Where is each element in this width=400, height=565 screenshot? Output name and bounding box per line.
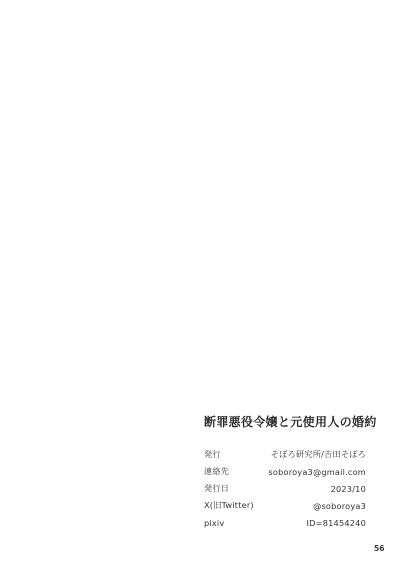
book-page: 断罪悪役令嬢と元使用人の婚約 発行 そぼろ研究所/吉田そぼろ 連絡先 sobor… [0,0,400,565]
colophon-row-date: 発行日 2023/10 [204,480,366,497]
row-value: @soboroya3 [313,501,366,511]
row-value: ID=81454240 [307,518,366,528]
row-value: soboroya3@gmail.com [268,467,366,477]
book-title: 断罪悪役令嬢と元使用人の婚約 [204,413,363,431]
row-label: 発行 [204,449,221,460]
row-label: pixiv [204,518,224,528]
row-value: 2023/10 [331,484,366,494]
colophon-row-twitter: X(旧Twitter) @soboroya3 [204,497,366,514]
row-value: そぼろ研究所/吉田そぼろ [271,449,366,460]
row-label: X(旧Twitter) [204,500,254,511]
colophon-row-contact: 連絡先 soboroya3@gmail.com [204,463,366,480]
colophon: 断罪悪役令嬢と元使用人の婚約 発行 そぼろ研究所/吉田そぼろ 連絡先 sobor… [204,413,366,531]
row-label: 連絡先 [204,466,229,477]
colophon-row-publisher: 発行 そぼろ研究所/吉田そぼろ [204,446,366,463]
page-number: 56 [374,544,384,553]
colophon-row-pixiv: pixiv ID=81454240 [204,514,366,531]
row-label: 発行日 [204,483,229,494]
